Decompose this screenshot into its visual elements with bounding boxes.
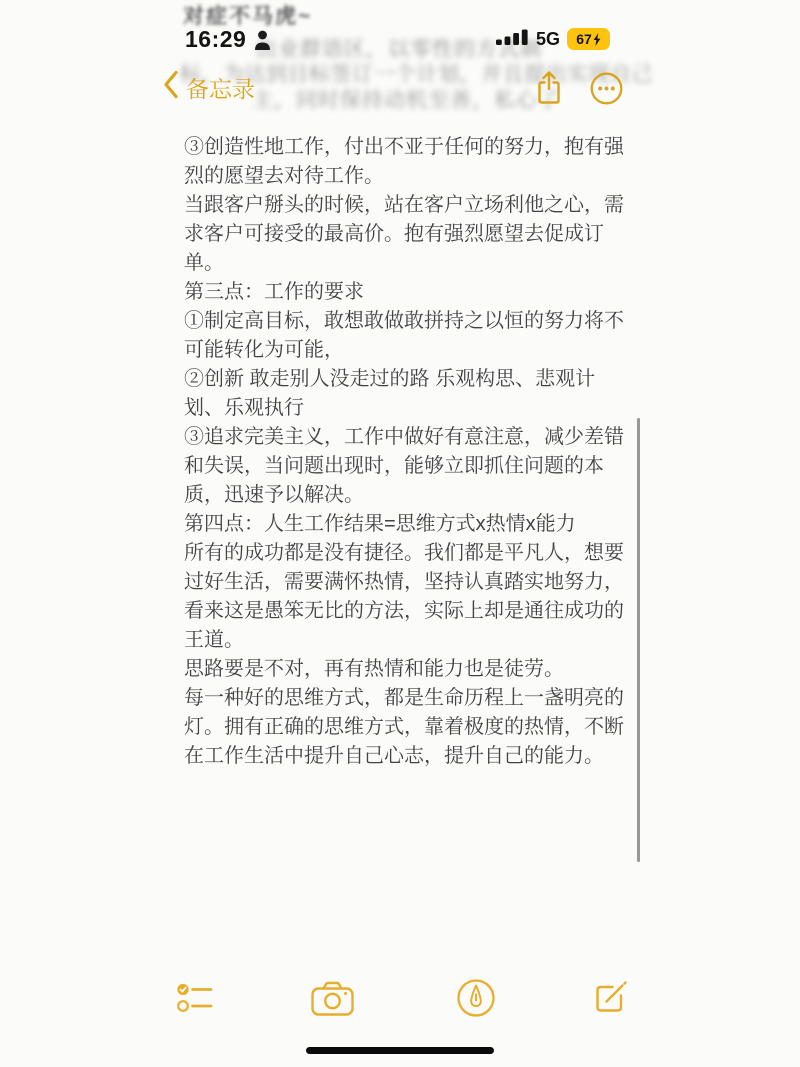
- signal-bars-icon: [496, 29, 529, 50]
- camera-button[interactable]: [311, 980, 354, 1021]
- checklist-icon: [177, 1001, 214, 1018]
- camera-icon: [311, 1003, 354, 1020]
- back-button-label: 备忘录: [186, 71, 255, 104]
- share-button[interactable]: [533, 70, 565, 111]
- scrollbar-thumb[interactable]: [637, 418, 640, 862]
- chevron-left-icon: [163, 70, 178, 104]
- compose-button[interactable]: [591, 979, 629, 1022]
- battery-percent: 67: [576, 31, 592, 47]
- markup-button[interactable]: [456, 978, 496, 1023]
- bottom-toolbar: [0, 975, 800, 1025]
- ellipsis-circle-icon: [590, 92, 623, 109]
- more-options-button[interactable]: [590, 72, 623, 110]
- network-type-label: 5G: [536, 29, 560, 50]
- charging-bolt-icon: [593, 33, 601, 46]
- nav-bar: 备忘录: [0, 68, 800, 112]
- status-time: 16:29: [185, 26, 246, 53]
- share-icon: [533, 93, 565, 110]
- markup-pen-icon: [456, 1005, 496, 1022]
- status-bar: 16:29 5G 67: [0, 26, 800, 58]
- checklist-button[interactable]: [177, 982, 214, 1019]
- battery-charging-badge: 67: [567, 28, 610, 50]
- back-button[interactable]: 备忘录: [163, 70, 255, 104]
- person-icon: [254, 30, 271, 56]
- notes-app-screen: 对症不马虎~ 出业群语区，以零性的方式制 标，为达到目标签订一个计划，并且提出实…: [0, 0, 800, 1067]
- home-indicator[interactable]: [306, 1047, 494, 1054]
- compose-icon: [591, 1004, 629, 1021]
- note-body-text[interactable]: ③创造性地工作，付出不亚于任何的努力，抱有强 烈的愿望去对待工作。 当跟客户掰头…: [184, 133, 654, 771]
